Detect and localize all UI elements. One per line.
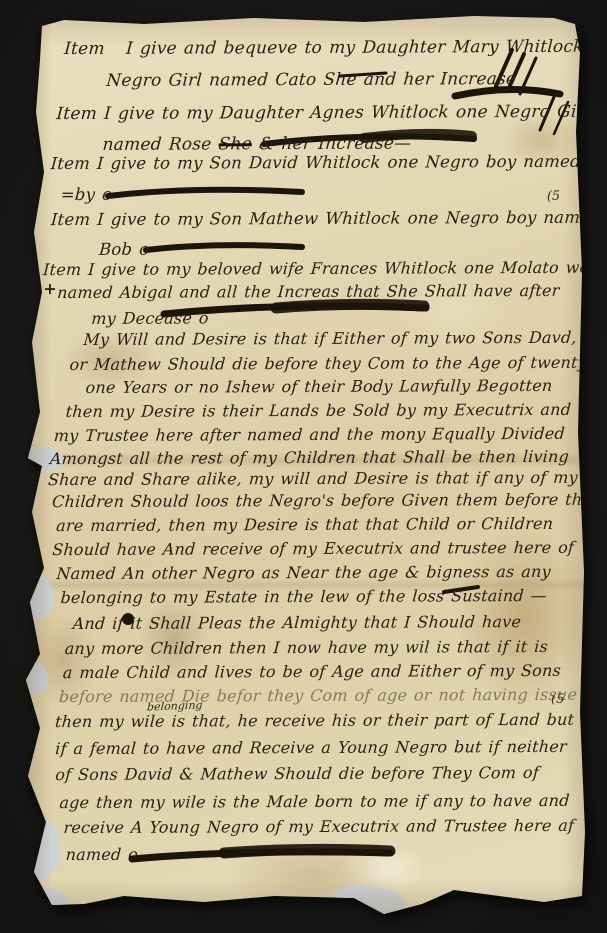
photo-background: Item I give and bequeve to my Daughter M… xyxy=(0,0,607,933)
manuscript-line: Bob o xyxy=(98,240,150,259)
manuscript-line: belonging to my Estate in the lew of the… xyxy=(60,586,548,607)
manuscript-line: Item I give to my beloved wife Frances W… xyxy=(43,258,596,279)
manuscript-line: or Mathew Should die before they Com to … xyxy=(69,353,588,374)
manuscript-line: any more Children then I now have my wil… xyxy=(64,637,548,658)
manuscript-line: then my Desire is their Lands be Sold by… xyxy=(65,400,572,421)
line-segment: & her Increase— xyxy=(251,134,412,155)
manuscript-line: my Decease o xyxy=(91,308,210,328)
manuscript-line: Named An other Negro as Near the age & b… xyxy=(56,562,552,583)
manuscript-page: Item I give and bequeve to my Daughter M… xyxy=(24,12,590,915)
page-number-mark: (5 xyxy=(551,692,564,707)
manuscript-line: before named Die befor they Com of age o… xyxy=(58,685,577,706)
interlinear-insertion: belonging xyxy=(147,698,203,713)
manuscript-line: Children Should loos the Negro's before … xyxy=(52,490,602,511)
manuscript-line: Item I give to my Son David Whitlock one… xyxy=(50,152,607,174)
manuscript-line: my Trustee here after named and the mony… xyxy=(53,424,565,445)
manuscript-page-wrap: Item I give and bequeve to my Daughter M… xyxy=(24,12,590,915)
manuscript-line: Should have And receive of my Executrix … xyxy=(52,538,575,559)
manuscript-line: Amongst all the rest of my Children that… xyxy=(49,447,569,468)
manuscript-line: My Will and Desire is that if Either of … xyxy=(83,328,578,349)
manuscript-line: then my wile is that, he receive his or … xyxy=(55,710,575,731)
manuscript-line: And if it Shall Pleas the Almighty that … xyxy=(72,612,522,633)
manuscript-line: Negro Girl named Cato She and her Increa… xyxy=(106,69,517,91)
manuscript-line: are married, then my Desire is that that… xyxy=(56,514,554,535)
line-segment: named Rose xyxy=(102,134,219,155)
manuscript-line: Share and Share alike, my will and Desir… xyxy=(47,468,578,489)
page-number-mark: (5 xyxy=(547,189,560,204)
manuscript-text: Item I give and bequeve to my Daughter M… xyxy=(22,11,592,916)
manuscript-line: named Rose She & her Increase— xyxy=(102,134,412,155)
plus-annotation: + xyxy=(43,279,56,298)
manuscript-line: a male Child and lives to be of Age and … xyxy=(62,661,561,682)
manuscript-line: if a femal to have and Receive a Young N… xyxy=(55,737,568,758)
manuscript-line: =by o xyxy=(60,185,113,204)
manuscript-line: receive A Young Negro of my Executrix an… xyxy=(63,816,575,837)
manuscript-line: Item I give to my Son Mathew Whitlock on… xyxy=(50,208,601,229)
struck-text: She xyxy=(218,134,253,154)
manuscript-line: of Sons David & Mathew Should die before… xyxy=(55,763,540,784)
manuscript-line: Item I give to my Daughter Agnes Whitloc… xyxy=(56,102,591,124)
manuscript-line: named Abigal and all the Increas that Sh… xyxy=(57,281,561,302)
manuscript-line: Item I give and bequeve to my Daughter M… xyxy=(64,37,607,60)
manuscript-line: one Years or no Ishew of their Body Lawf… xyxy=(85,376,553,397)
manuscript-line: age then my wile is the Male born to me … xyxy=(59,791,570,812)
manuscript-line: named o xyxy=(65,845,139,864)
